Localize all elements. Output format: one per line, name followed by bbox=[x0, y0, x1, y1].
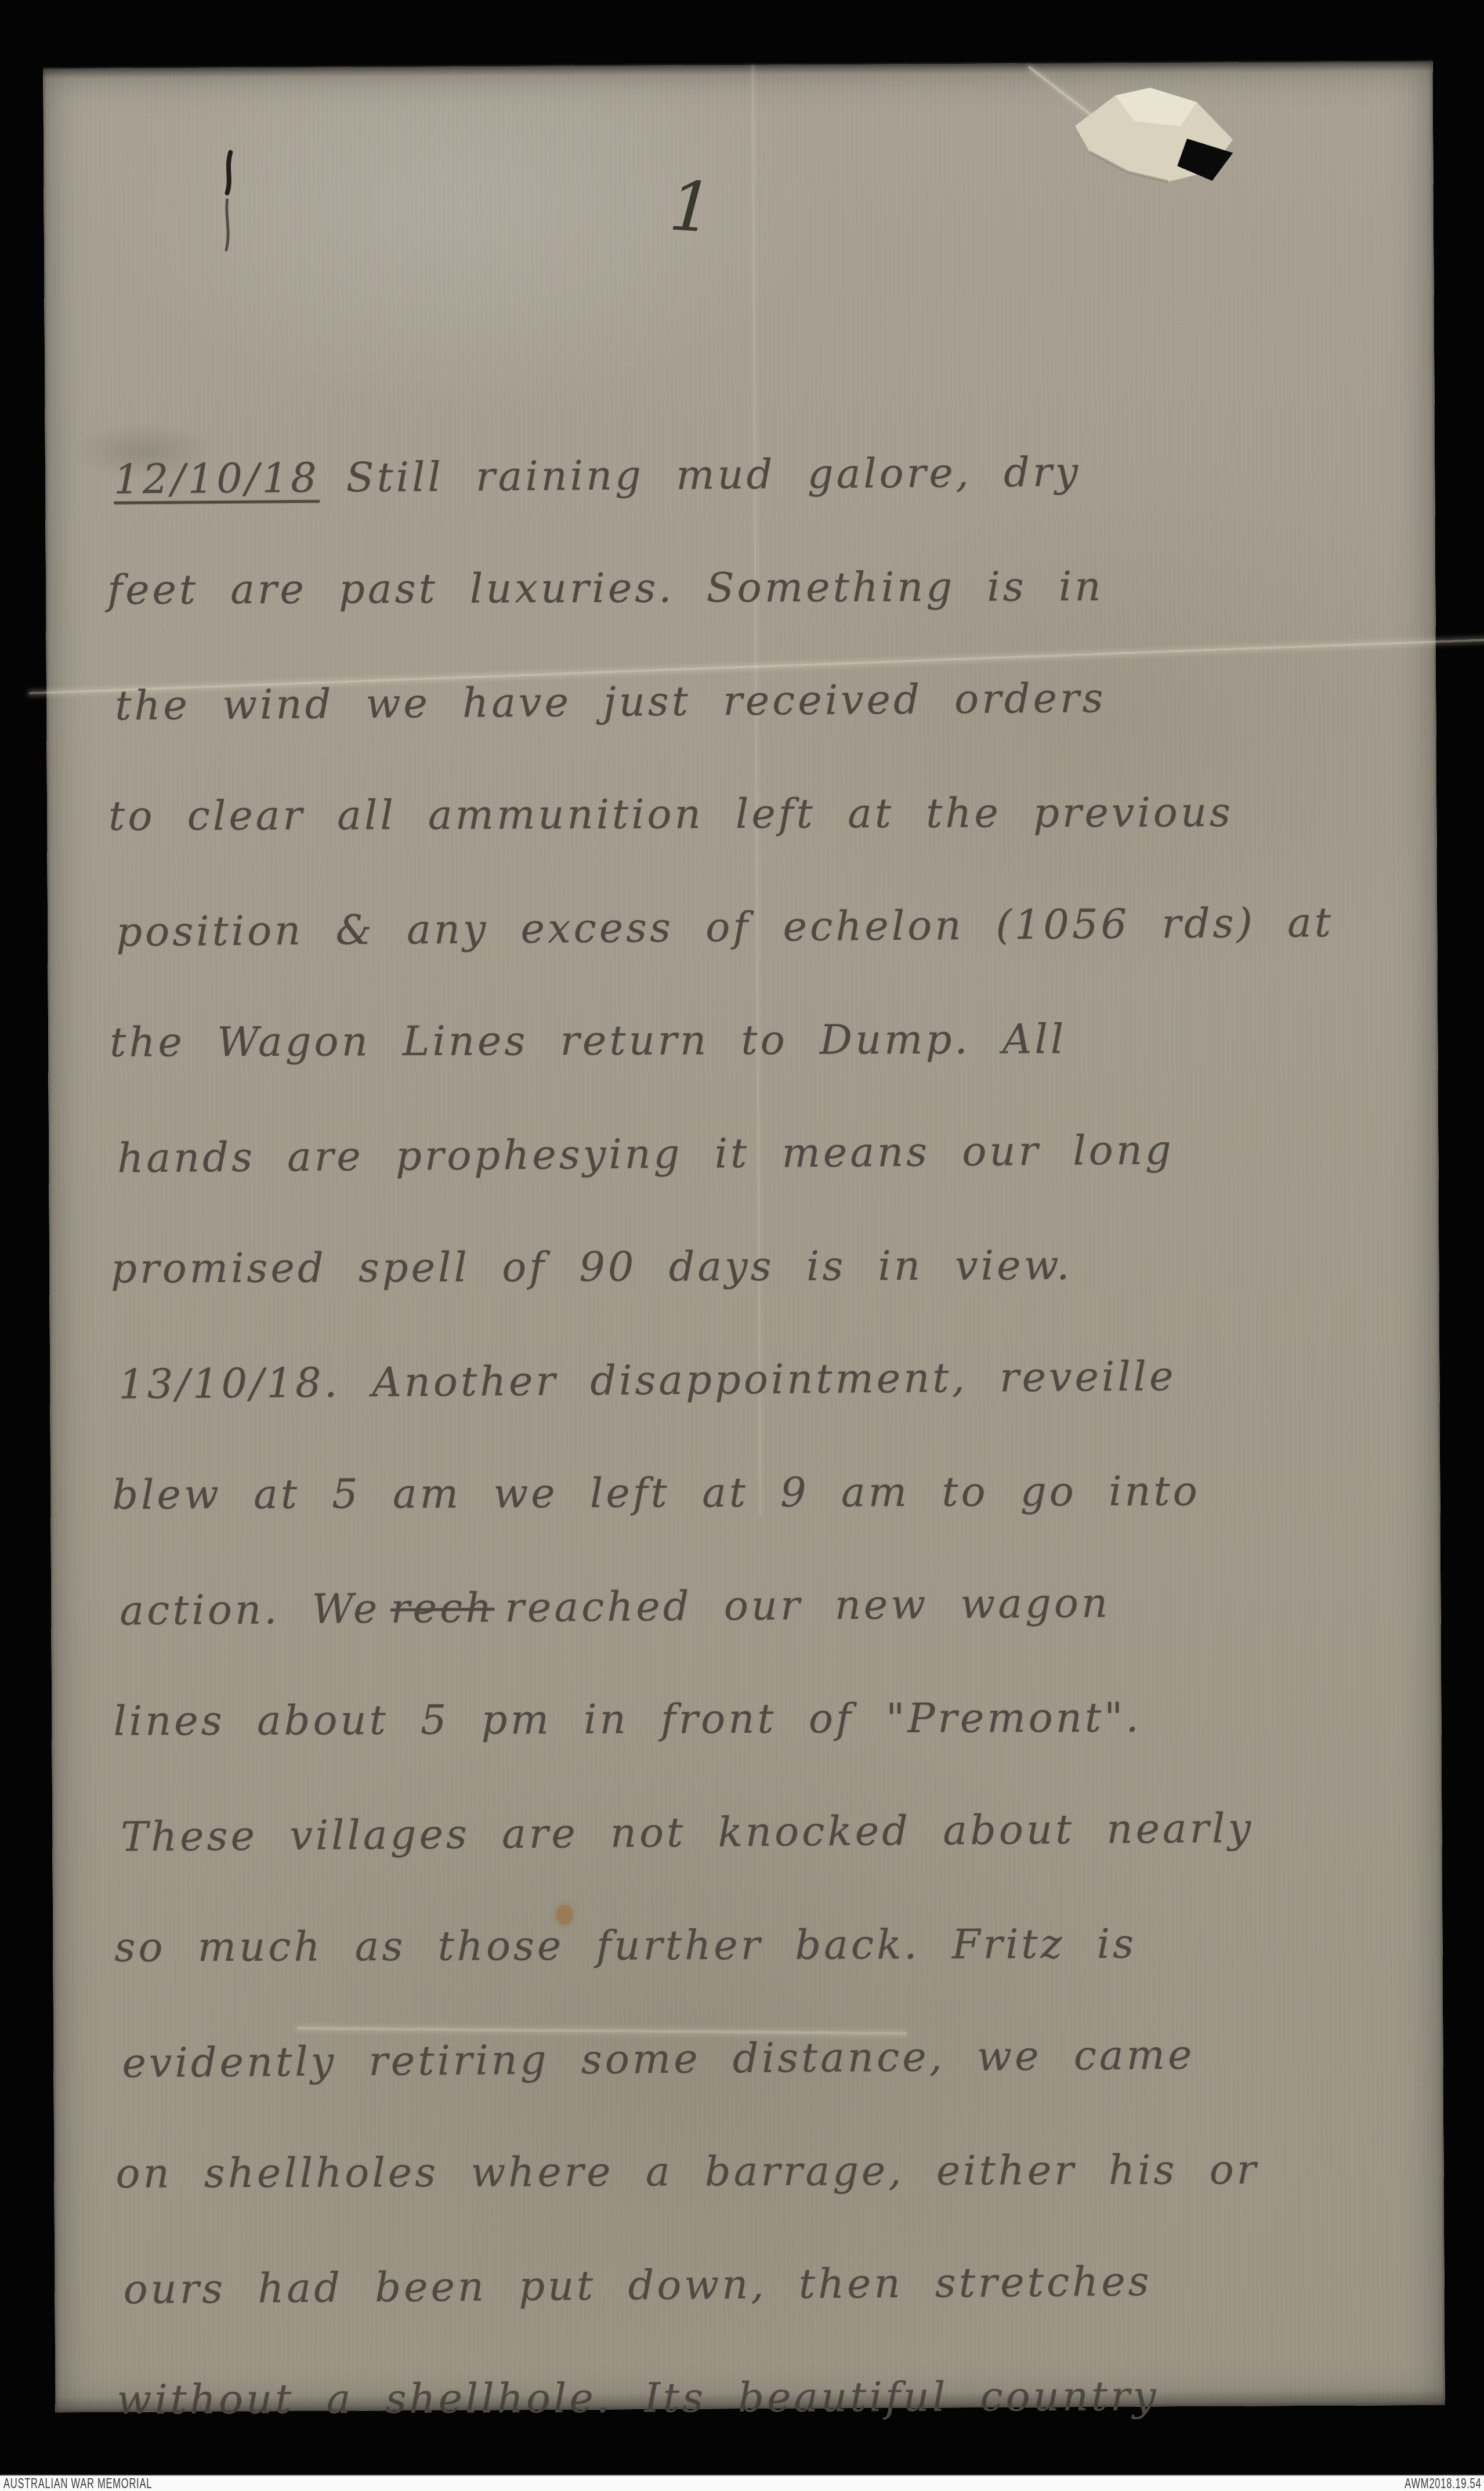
handwritten-segment: so much as those further back. Fritz is bbox=[114, 1920, 1136, 1971]
handwritten-line: the Wagon Lines return to Dump. All bbox=[48, 981, 1438, 1099]
handwritten-line: to clear all ammunition left at the prev… bbox=[47, 755, 1437, 872]
handwritten-segment: blew at 5 am we left at 9 am to go into bbox=[112, 1467, 1200, 1519]
handwritten-line: 13/10/18. Another disappointment, reveil… bbox=[50, 1317, 1440, 1442]
footer-institution: AUSTRALIAN WAR MEMORIAL bbox=[3, 2476, 152, 2491]
handwritten-segment: 13/10/18. Another disappointment, reveil… bbox=[118, 1352, 1177, 1408]
handwritten-line: hands are prophesying it means our long bbox=[49, 1091, 1439, 1215]
handwritten-segment: Still raining mud galore, dry bbox=[346, 448, 1081, 501]
handwritten-segment: the wind we have just received orders bbox=[115, 674, 1106, 729]
handwritten-line: lines about 5 pm in front of "Premont". bbox=[52, 1660, 1442, 1777]
handwritten-segment: ours had been put down, then stretches bbox=[123, 2257, 1152, 2313]
diary-page: 1 12/10/18Still raining mud galore, dryf… bbox=[43, 61, 1445, 2412]
handwritten-line: the wind we have just received orders bbox=[46, 639, 1436, 763]
handwritten-line: 12/10/18Still raining mud galore, dry bbox=[45, 412, 1435, 537]
ink-slash-mark bbox=[213, 150, 245, 254]
handwritten-line: promised spell of 90 days is in view. bbox=[49, 1207, 1439, 1325]
handwritten-line: so much as those further back. Fritz is bbox=[53, 1886, 1443, 2004]
handwritten-line: without a shellhole. Its beautiful count… bbox=[55, 2338, 1445, 2456]
handwritten-segment: evidently retiring some distance, we cam… bbox=[122, 2030, 1195, 2087]
page-number: 1 bbox=[667, 165, 715, 248]
torn-corner bbox=[1063, 84, 1250, 195]
handwritten-line: action. Werechreached our new wagon bbox=[51, 1544, 1441, 1668]
handwritten-line: feet are past luxuries. Something is in bbox=[46, 528, 1436, 646]
handwritten-segment: reached our new wagon bbox=[505, 1579, 1110, 1631]
handwritten-line: on shellholes where a barrage, either hi… bbox=[54, 2112, 1444, 2230]
handwritten-line: These villages are not knocked about nea… bbox=[52, 1770, 1442, 1894]
handwritten-segment: promised spell of 90 days is in view. bbox=[111, 1241, 1072, 1292]
handwritten-segment: to clear all ammunition left at the prev… bbox=[108, 788, 1233, 840]
handwritten-segment: feet are past luxuries. Something is in bbox=[107, 562, 1104, 613]
scan-background: 1 12/10/18Still raining mud galore, dryf… bbox=[0, 0, 1484, 2491]
handwritten-segment: These villages are not knocked about nea… bbox=[121, 1804, 1254, 1860]
handwritten-segment: hands are prophesying it means our long bbox=[117, 1126, 1174, 1182]
handwritten-line: position & any excess of echelon (1056 r… bbox=[47, 865, 1437, 989]
handwritten-segment: without a shellhole. Its beautiful count… bbox=[117, 2372, 1159, 2423]
handwritten-segment: lines about 5 pm in front of "Premont". bbox=[113, 1693, 1141, 1744]
handwritten-line: evidently retiring some distance, we cam… bbox=[53, 1996, 1443, 2120]
handwritten-segment: action. We bbox=[120, 1584, 380, 1634]
footer-bar: AUSTRALIAN WAR MEMORIAL AWM2018.19.54 bbox=[0, 2475, 1484, 2491]
footer-catalog-number: AWM2018.19.54 bbox=[1405, 2476, 1481, 2491]
handwritten-segment: rech bbox=[390, 1584, 495, 1632]
handwritten-segment: on shellholes where a barrage, either hi… bbox=[115, 2145, 1259, 2197]
handwritten-line: ours had been put down, then stretches bbox=[55, 2222, 1445, 2347]
handwritten-segment: the Wagon Lines return to Dump. All bbox=[110, 1015, 1066, 1066]
handwriting-block: 12/10/18Still raining mud galore, dryfee… bbox=[45, 414, 1445, 2457]
handwritten-line: blew at 5 am we left at 9 am to go into bbox=[50, 1433, 1440, 1551]
handwritten-segment: position & any excess of echelon (1056 r… bbox=[116, 899, 1334, 955]
handwritten-segment: 12/10/18 bbox=[114, 454, 320, 503]
